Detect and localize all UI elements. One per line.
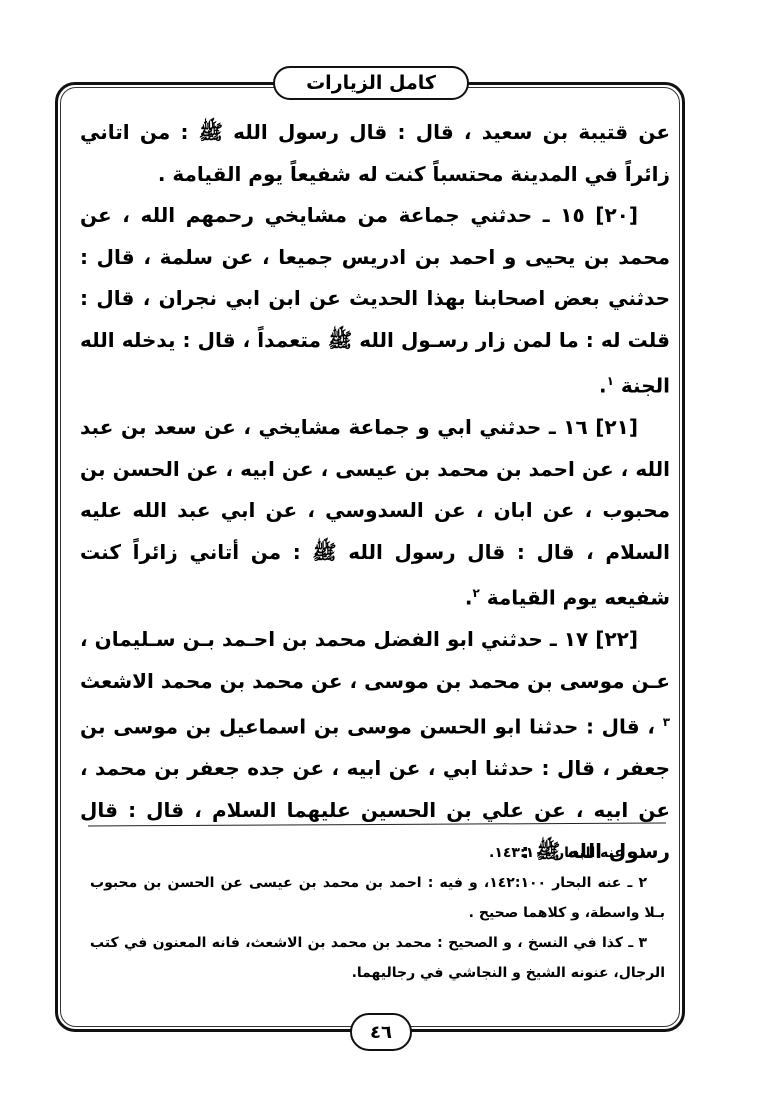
footnote-1: ١ ـ عنه البحار ١٤٣:١٠٠. bbox=[90, 838, 665, 868]
footnote-3: ٣ ـ كذا في النسخ ، و الصحيح : محمد بن مح… bbox=[90, 928, 665, 988]
running-header: كامل الزيارات bbox=[273, 66, 469, 100]
hadith-number: [٢٠] ١٥ bbox=[560, 203, 638, 227]
footnote-ref-3[interactable]: ٣ bbox=[663, 715, 670, 729]
main-text: عن قتيبة بن سعيد ، قال : قال رسول الله ﷺ… bbox=[80, 112, 670, 873]
hadith-21: [٢١] ١٦ ـ حدثني ابي و جماعة مشايخي ، عن … bbox=[80, 407, 670, 619]
footnotes: ١ ـ عنه البحار ١٤٣:١٠٠. ٢ ـ عنه البحار ١… bbox=[90, 838, 665, 988]
paragraph-continuation: عن قتيبة بن سعيد ، قال : قال رسول الله ﷺ… bbox=[80, 112, 670, 195]
hadith-20: [٢٠] ١٥ ـ حدثني جماعة من مشايخي رحمهم ال… bbox=[80, 195, 670, 407]
hadith-number: [٢٢] ١٧ bbox=[564, 627, 638, 651]
footnote-ref-1[interactable]: ١ bbox=[607, 374, 614, 388]
hadith-22: [٢٢] ١٧ ـ حدثني ابو الفضل محمد بن احـمد … bbox=[80, 619, 670, 873]
book-title: كامل الزيارات bbox=[306, 72, 436, 94]
page-number: ٤٦ bbox=[370, 1022, 392, 1043]
hadith-number: [٢١] ١٦ bbox=[563, 415, 638, 439]
footnote-ref-2[interactable]: ٢ bbox=[472, 586, 479, 600]
footnote-2: ٢ ـ عنه البحار ١٤٢:١٠٠، و فيه : احمد بن … bbox=[90, 868, 665, 928]
page-number-badge: ٤٦ bbox=[350, 1013, 412, 1051]
